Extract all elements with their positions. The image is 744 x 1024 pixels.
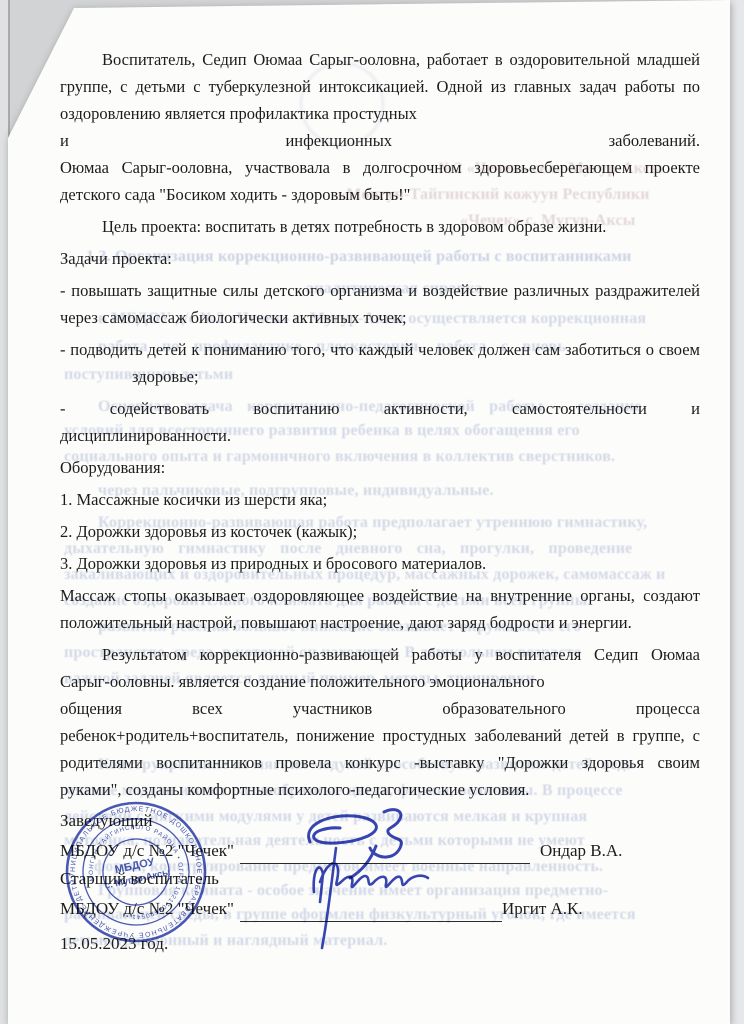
signer-name-2: Иргит А.К. xyxy=(502,895,583,922)
task-item-1: - повышать защитные силы детского органи… xyxy=(60,277,700,331)
official-round-stamp: МУНИЦИПАЛЬНОЕ БЮДЖЕТНОЕ ДОШКОЛЬНОЕ ОБРАЗ… xyxy=(47,783,225,961)
line-infectious-justified: и инфекционных заболеваний. xyxy=(60,127,700,154)
irgit-signature xyxy=(300,844,460,954)
line-goal: Цель проекта: воспитать в детях потребно… xyxy=(60,213,700,240)
task-item-3-line1: - содействовать воспитанию активности, с… xyxy=(60,395,700,422)
task-item-2-text: - подводить детей к пониманию того, что … xyxy=(60,340,700,359)
document-body: Воспитатель, Седип Оюмаа Сарыг-ооловна, … xyxy=(60,46,700,803)
scanned-document: №2 «Чечек» села Мугур-Аксы «Монгун-Тайги… xyxy=(0,0,744,1024)
stamp-outer-ring xyxy=(54,790,218,954)
task-item-2: - подводить детей к пониманию того, что … xyxy=(60,336,700,390)
equipment-item: 2. Дорожки здоровья из косточек (кажык); xyxy=(60,518,700,545)
paper-shadow-wrap: №2 «Чечек» села Мугур-Аксы «Монгун-Тайги… xyxy=(8,0,730,1024)
heading-tasks: Задачи проекта: xyxy=(60,245,700,272)
document-page: №2 «Чечек» села Мугур-Аксы «Монгун-Тайги… xyxy=(8,0,730,1024)
line-result-justified: общения всех участников образовательного… xyxy=(60,695,700,722)
paragraph-result-1: Результатом коррекционно-развивающей раб… xyxy=(60,641,700,695)
signer-name-1: Ондар В.А. xyxy=(540,837,622,864)
equipment-item: 3. Дорожки здоровья из природных и бросо… xyxy=(60,550,700,577)
paragraph-massage: Массаж стопы оказывает оздоровляющее воз… xyxy=(60,582,700,636)
task-item-2-tail: здоровье; xyxy=(132,367,199,386)
equipment-item: 1. Массажные косички из шерсти яка; xyxy=(60,486,700,513)
paragraph-intro: Воспитатель, Седип Оюмаа Сарыг-ооловна, … xyxy=(60,46,700,127)
task-item-3-line2: дисциплинированности. xyxy=(60,422,700,449)
heading-equipment: Оборудования: xyxy=(60,454,700,481)
paragraph-project: Оюмаа Сарыг-ооловна, участвовала в долго… xyxy=(60,154,700,208)
